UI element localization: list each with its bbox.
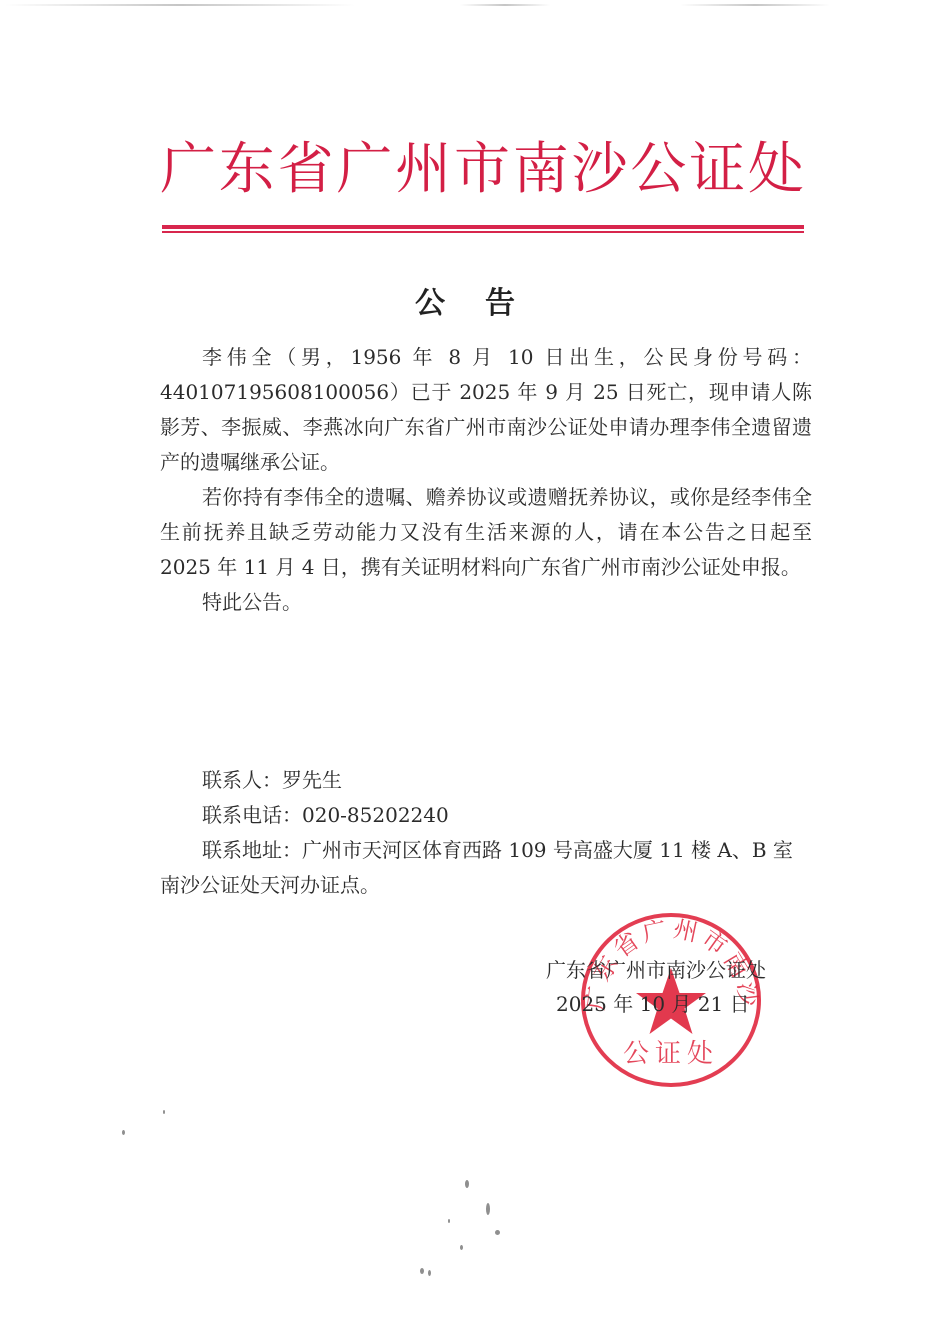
letterhead-rule-thick <box>162 225 804 229</box>
scan-edge-artifact <box>680 4 830 6</box>
notice-paragraph-3: 特此公告。 <box>160 585 812 620</box>
scan-speck <box>420 1268 424 1274</box>
contact-person: 联系人：罗先生 <box>160 763 812 798</box>
scan-speck <box>163 1110 165 1114</box>
signature-block: 广东省广州市南沙公证处 2025 年 10 月 21 日 <box>546 953 766 1021</box>
notice-title: 公告 <box>0 284 950 324</box>
scan-speck <box>486 1203 490 1215</box>
scan-speck <box>465 1180 469 1188</box>
scan-speck <box>460 1245 463 1250</box>
scan-speck <box>448 1219 450 1223</box>
signature-org: 广东省广州市南沙公证处 <box>546 953 766 987</box>
notice-body: 李伟全（男，1956 年 8 月 10 日出生，公民身份号码：440107195… <box>160 340 812 620</box>
notice-paragraph-2: 若你持有李伟全的遗嘱、赡养协议或遗赠抚养协议，或你是经李伟全生前抚养且缺乏劳动能… <box>160 480 812 585</box>
letterhead-org-name: 广东省广州市南沙公证处 <box>160 134 806 206</box>
scan-speck <box>428 1270 431 1276</box>
signature-date: 2025 年 10 月 21 日 <box>546 987 766 1021</box>
scan-speck <box>495 1230 500 1235</box>
letterhead-rule-thin <box>162 231 804 233</box>
scan-edge-artifact <box>5 4 355 6</box>
seal-bottom-text: 公证处 <box>623 1039 719 1069</box>
scan-edge-artifact <box>460 4 550 6</box>
contact-block: 联系人：罗先生 联系电话：020-85202240 联系地址：广州市天河区体育西… <box>160 763 812 903</box>
contact-phone: 联系电话：020-85202240 <box>160 798 812 833</box>
contact-address: 联系地址：广州市天河区体育西路 109 号高盛大厦 11 楼 A、B 室南沙公证… <box>160 833 812 903</box>
notice-paragraph-1: 李伟全（男，1956 年 8 月 10 日出生，公民身份号码：440107195… <box>160 340 812 480</box>
scan-speck <box>122 1130 125 1135</box>
